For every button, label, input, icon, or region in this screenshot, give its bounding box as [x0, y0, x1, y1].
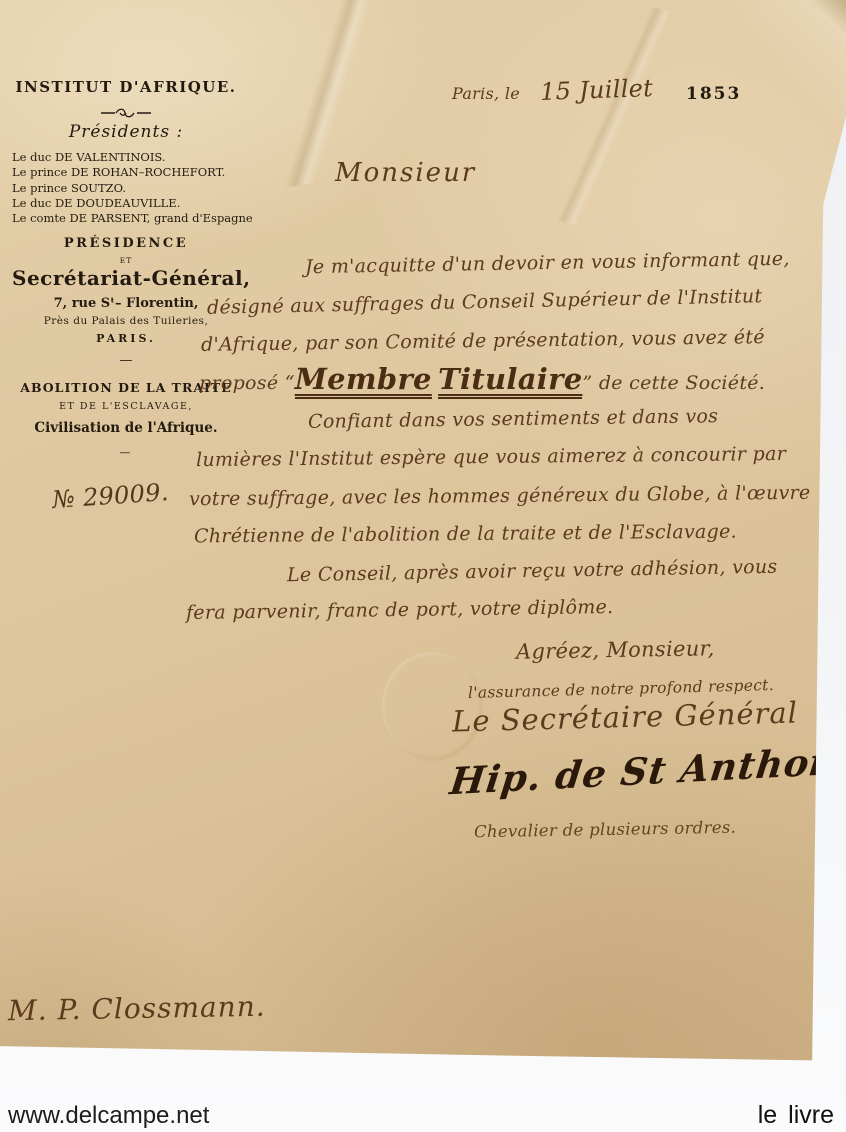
motto-line-2: ET DE L'ESCLAVAGE,	[12, 401, 240, 412]
scanned-letter: INSTITUT D'AFRIQUE. Présidents : Le duc …	[0, 0, 846, 1132]
president-item: Le duc DE VALENTINOIS.	[12, 150, 240, 165]
motto-line-3: Civilisation de l'Afrique.	[12, 420, 240, 436]
body-line: Chrétienne de l'abolition de la traite e…	[194, 521, 737, 548]
fold-crease-top-middle	[456, 0, 764, 258]
dateline-place: Paris, le	[452, 84, 520, 103]
membership-suffix: ” de cette Société.	[582, 372, 765, 394]
body-line-membership: proposé “Membre Titulaire” de cette Soci…	[199, 362, 765, 396]
watermark-brand: le livre	[758, 1101, 834, 1130]
body-line: votre suffrage, avec les hommes généreux…	[189, 482, 811, 511]
presidents-list: Le duc DE VALENTINOIS. Le prince DE ROHA…	[12, 150, 240, 226]
signature: Hip. de St Anthoine	[448, 737, 846, 804]
body-line: fera parvenir, franc de port, votre dipl…	[186, 596, 614, 624]
letterhead: INSTITUT D'AFRIQUE. Présidents : Le duc …	[12, 78, 240, 459]
address-near: Près du Palais des Tuileries,	[12, 315, 240, 327]
dateline-year: 1853	[686, 84, 741, 104]
fold-crease-top-right	[696, 0, 846, 150]
et-label: ET	[12, 256, 240, 265]
body-line: désigné aux suffrages du Conseil Supérie…	[207, 285, 763, 319]
paper-sheet: INSTITUT D'AFRIQUE. Présidents : Le duc …	[0, 0, 846, 1100]
institute-title: INSTITUT D'AFRIQUE.	[12, 78, 240, 96]
president-item: Le comte DE PARSENT, grand d'Espagne	[12, 211, 240, 226]
membership-prefix: proposé “	[199, 372, 295, 394]
body-line: Je m'acquitte d'un devoir en vous inform…	[305, 248, 790, 278]
signer-title: Le Secrétaire Général	[452, 695, 799, 738]
body-line: lumières l'Institut espère que vous aime…	[196, 443, 786, 471]
address-street: 7, rue Sᵗ– Florentin,	[12, 296, 240, 311]
membership-word-titulaire: Titulaire	[438, 362, 582, 399]
presidents-heading: Présidents :	[12, 122, 240, 142]
body-line: Confiant dans vos sentiments et dans vos	[308, 405, 719, 433]
watermark-site-url: www.delcampe.net	[8, 1102, 209, 1130]
president-item: Le prince SOUTZO.	[12, 181, 240, 196]
signature-note: Chevalier de plusieurs ordres.	[474, 818, 736, 842]
valediction: Agréez, Monsieur,	[516, 636, 715, 663]
secretariat-heading: Secrétariat-Général,	[12, 266, 240, 290]
membership-word-membre: Membre	[295, 362, 432, 399]
dateline-date-handwritten: 15 Juillet	[540, 74, 654, 106]
recipient-name: M. P. Clossmann.	[8, 990, 266, 1027]
president-item: Le duc DE DOUDEAUVILLE.	[12, 196, 240, 211]
flourish-divider-icon	[12, 104, 240, 116]
reference-number: № 29009.	[51, 478, 169, 514]
presidence-heading: PRÉSIDENCE	[12, 236, 240, 251]
president-item: Le prince DE ROHAN–ROCHEFORT.	[12, 165, 240, 180]
body-line: Le Conseil, après avoir reçu votre adhés…	[287, 556, 778, 587]
salutation: Monsieur	[335, 158, 476, 188]
body-line: d'Afrique, par son Comité de présentatio…	[201, 326, 765, 356]
